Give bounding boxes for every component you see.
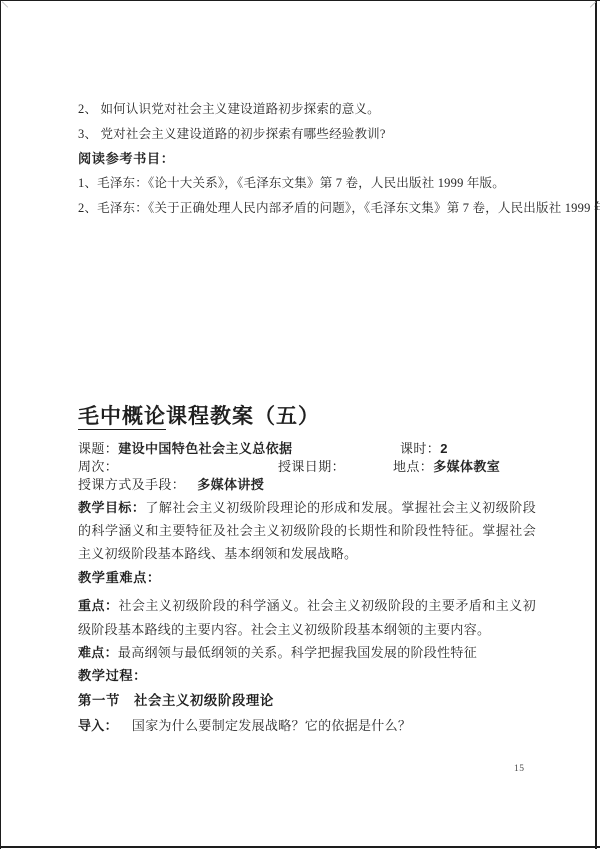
method-field: 授课方式及手段：多媒体讲授 xyxy=(78,474,264,493)
objectives-paragraph: 教学目标：了解社会主义初级阶段理论的形成和发展。掌握社会主义初级阶段的科学涵义和… xyxy=(78,496,536,566)
topic-field: 课题：建设中国特色社会主义总依据 xyxy=(78,438,292,457)
reading-list-item: 2、毛泽东：《关于正确处理人民内部矛盾的问题》，《毛泽东文集》第 7 卷，人民出… xyxy=(78,202,538,215)
topic-value: 建设中国特色社会主义总依据 xyxy=(118,441,292,456)
difficulty-paragraph: 难点：最高纲领与最低纲领的关系。科学把握我国发展的阶段性特征 xyxy=(78,641,536,664)
intro-label: 导入： xyxy=(78,718,118,733)
hours-label: 课时： xyxy=(400,441,440,456)
objectives-text: 了解社会主义初级阶段理论的形成和发展。掌握社会主义初级阶段的科学涵义和主要特征及… xyxy=(78,500,536,561)
location-field: 地点：多媒体教室 xyxy=(393,456,500,475)
location-label: 地点： xyxy=(393,459,433,474)
keypoints-heading: 教学重难点： xyxy=(78,567,161,586)
location-value: 多媒体教室 xyxy=(433,459,500,474)
date-label: 授课日期： xyxy=(278,459,345,474)
intro-paragraph: 导入：国家为什么要制定发展战略？它的依据是什么？ xyxy=(78,714,536,737)
method-label: 授课方式及手段： xyxy=(78,477,185,492)
objectives-label: 教学目标： xyxy=(78,500,145,515)
section-title: 第一节 社会主义初级阶段理论 xyxy=(78,690,274,709)
focus-label: 重点： xyxy=(78,598,118,613)
reading-list-item: 1、毛泽东：《论十大关系》，《毛泽东文集》第 7 卷，人民出版社 1999 年版… xyxy=(78,177,538,190)
process-heading: 教学过程： xyxy=(78,665,147,684)
method-value: 多媒体讲授 xyxy=(197,477,264,492)
scan-edge-top xyxy=(0,0,600,1)
difficulty-text: 最高纲领与最低纲领的关系。科学把握我国发展的阶段性特征 xyxy=(118,645,477,660)
page-number: 15 xyxy=(514,764,525,774)
intro-text: 国家为什么要制定发展战略？它的依据是什么？ xyxy=(132,718,411,733)
scanned-document-page: 2、 如何认识党对社会主义建设道路初步探索的意义。 3、 党对社会主义建设道路的… xyxy=(0,0,600,849)
focus-paragraph: 重点：社会主义初级阶段的科学涵义。社会主义初级阶段的主要矛盾和主义初级阶段基本路… xyxy=(78,594,536,641)
review-question: 2、 如何认识党对社会主义建设道路初步探索的意义。 xyxy=(78,103,538,116)
previous-lesson-tail: 2、 如何认识党对社会主义建设道路初步探索的意义。 3、 党对社会主义建设道路的… xyxy=(78,103,538,226)
scan-corner-artifact-left xyxy=(2,1,8,7)
difficulty-label: 难点： xyxy=(78,645,118,660)
hours-field: 课时：2 xyxy=(400,438,448,457)
lesson-title: 毛中概论课程教案（五） xyxy=(78,400,320,430)
lesson-title-rest: 课程教案（五） xyxy=(166,405,320,428)
hours-value: 2 xyxy=(440,441,448,456)
lesson-meta: 课题：建设中国特色社会主义总依据 课时：2 周次： 授课日期： 地点：多媒体教室… xyxy=(78,438,538,494)
scan-edge-right xyxy=(595,0,597,849)
focus-text: 社会主义初级阶段的科学涵义。社会主义初级阶段的主要矛盾和主义初级阶段基本路线的主… xyxy=(78,598,536,637)
scan-edge-bottom xyxy=(0,846,600,848)
week-field: 周次： xyxy=(78,456,118,475)
lesson-title-underlined: 毛中概论 xyxy=(78,405,166,430)
topic-label: 课题： xyxy=(78,441,118,456)
week-label: 周次： xyxy=(78,459,118,474)
reading-list-heading: 阅读参考书目： xyxy=(78,152,538,165)
scan-edge-left xyxy=(0,0,1,849)
date-field: 授课日期： xyxy=(278,456,345,475)
review-question: 3、 党对社会主义建设道路的初步探索有哪些经验教训? xyxy=(78,128,538,141)
